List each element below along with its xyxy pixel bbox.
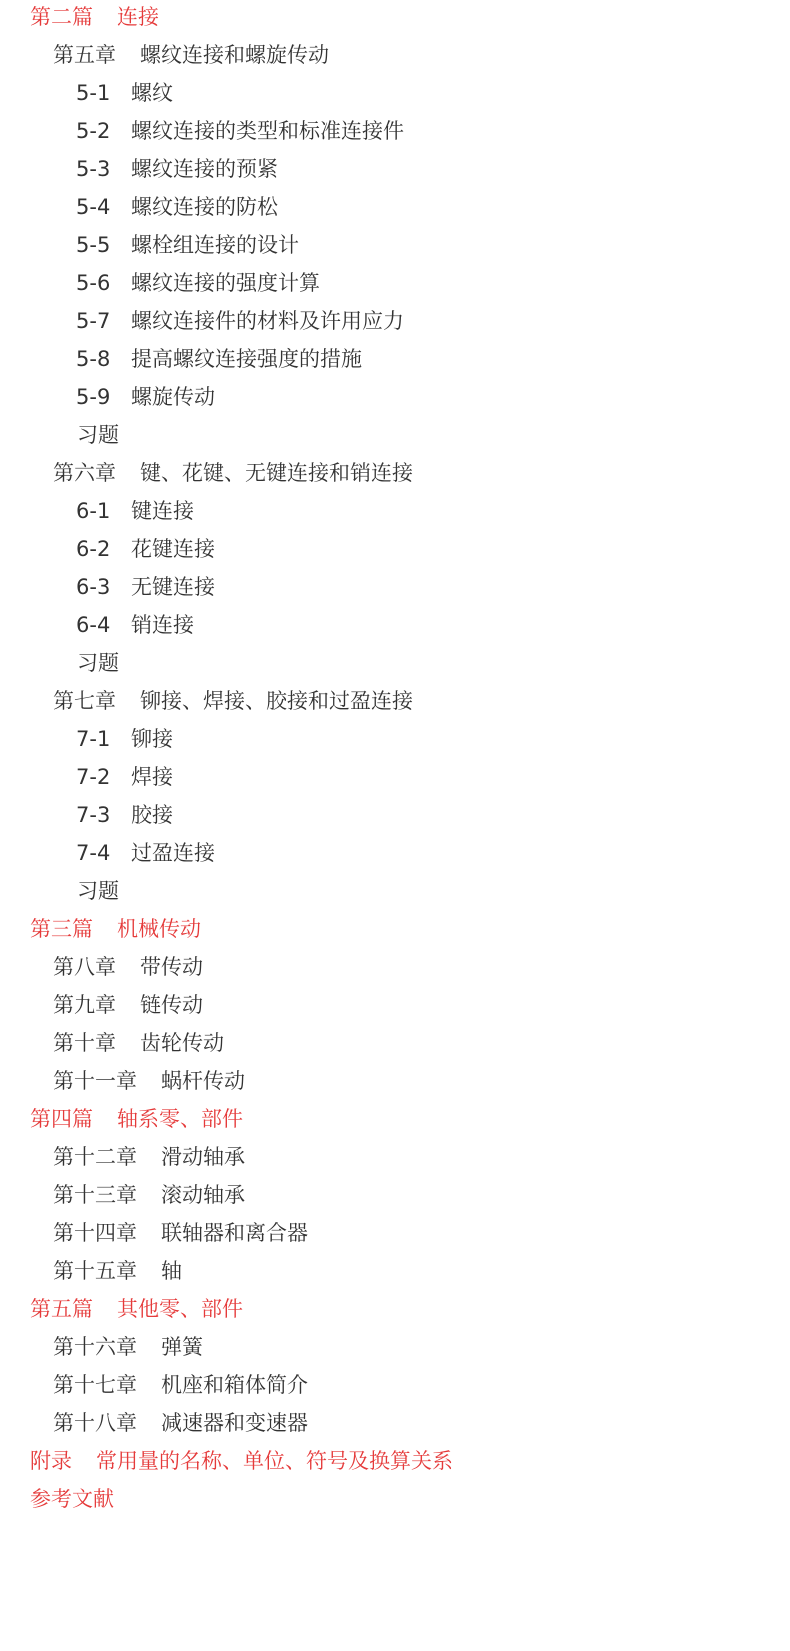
toc-entry-number: 5-6 xyxy=(76,264,131,302)
toc-section-entry[interactable]: 6-1键连接 xyxy=(0,492,790,530)
toc-section-entry[interactable]: 5-8提高螺纹连接强度的措施 xyxy=(0,340,790,378)
toc-chapter-entry[interactable]: 第七章铆接、焊接、胶接和过盈连接 xyxy=(0,682,790,720)
toc-entry-number: 第二篇 xyxy=(30,0,93,36)
toc-entry-number: 6-4 xyxy=(76,606,131,644)
toc-entry-number: 第五篇 xyxy=(30,1290,93,1328)
toc-entry-number: 5-5 xyxy=(76,226,131,264)
toc-entry-title: 螺纹连接的类型和标准连接件 xyxy=(131,112,404,150)
toc-entry-title: 弹簧 xyxy=(161,1328,203,1366)
toc-section-entry[interactable]: 5-4螺纹连接的防松 xyxy=(0,188,790,226)
toc-part-entry[interactable]: 参考文献 xyxy=(0,1480,790,1518)
toc-section-entry[interactable]: 7-4过盈连接 xyxy=(0,834,790,872)
toc-entry-number: 第三篇 xyxy=(30,910,93,948)
toc-entry-number: 附录 xyxy=(30,1442,72,1480)
toc-section-entry[interactable]: 5-9螺旋传动 xyxy=(0,378,790,416)
toc-entry-title: 带传动 xyxy=(140,948,203,986)
toc-entry-number: 第十二章 xyxy=(53,1138,137,1176)
toc-chapter-entry[interactable]: 第十三章滚动轴承 xyxy=(0,1176,790,1214)
toc-section-entry[interactable]: 5-1螺纹 xyxy=(0,74,790,112)
toc-entry-title: 习题 xyxy=(77,644,119,682)
toc-section-entry[interactable]: 7-1铆接 xyxy=(0,720,790,758)
toc-entry-number: 第十一章 xyxy=(53,1062,137,1100)
toc-exercise-entry[interactable]: 习题 xyxy=(0,644,790,682)
toc-entry-number: 6-1 xyxy=(76,492,131,530)
toc-entry-title: 焊接 xyxy=(131,758,173,796)
toc-entry-title: 螺纹连接件的材料及许用应力 xyxy=(131,302,404,340)
toc-part-entry[interactable]: 第四篇轴系零、部件 xyxy=(0,1100,790,1138)
toc-section-entry[interactable]: 5-5螺栓组连接的设计 xyxy=(0,226,790,264)
toc-exercise-entry[interactable]: 习题 xyxy=(0,872,790,910)
toc-entry-number: 5-3 xyxy=(76,150,131,188)
toc-entry-title: 习题 xyxy=(77,872,119,910)
toc-entry-number: 第七章 xyxy=(53,682,116,720)
toc-exercise-entry[interactable]: 习题 xyxy=(0,416,790,454)
toc-entry-title: 螺纹连接的强度计算 xyxy=(131,264,320,302)
toc-entry-number: 5-2 xyxy=(76,112,131,150)
toc-entry-number: 6-3 xyxy=(76,568,131,606)
toc-entry-number: 7-3 xyxy=(76,796,131,834)
toc-entry-title: 连接 xyxy=(117,0,159,36)
toc-section-entry[interactable]: 6-2花键连接 xyxy=(0,530,790,568)
toc-entry-title: 链传动 xyxy=(140,986,203,1024)
toc-entry-number: 5-7 xyxy=(76,302,131,340)
toc-entry-title: 胶接 xyxy=(131,796,173,834)
toc-entry-title: 过盈连接 xyxy=(131,834,215,872)
toc-entry-title: 螺栓组连接的设计 xyxy=(131,226,299,264)
toc-entry-number: 5-4 xyxy=(76,188,131,226)
toc-section-entry[interactable]: 5-6螺纹连接的强度计算 xyxy=(0,264,790,302)
toc-entry-number: 第十八章 xyxy=(53,1404,137,1442)
toc-entry-number: 第八章 xyxy=(53,948,116,986)
toc-part-entry[interactable]: 第五篇其他零、部件 xyxy=(0,1290,790,1328)
toc-chapter-entry[interactable]: 第十二章滑动轴承 xyxy=(0,1138,790,1176)
toc-entry-title: 铆接 xyxy=(131,720,173,758)
toc-entry-title: 螺纹连接和螺旋传动 xyxy=(140,36,329,74)
table-of-contents: 第二篇连接第五章螺纹连接和螺旋传动5-1螺纹5-2螺纹连接的类型和标准连接件5-… xyxy=(0,0,790,1518)
toc-entry-title: 常用量的名称、单位、符号及换算关系 xyxy=(96,1442,453,1480)
toc-entry-title: 参考文献 xyxy=(30,1480,114,1518)
toc-entry-title: 机座和箱体简介 xyxy=(161,1366,308,1404)
toc-chapter-entry[interactable]: 第十八章减速器和变速器 xyxy=(0,1404,790,1442)
toc-entry-number: 7-2 xyxy=(76,758,131,796)
toc-entry-title: 其他零、部件 xyxy=(117,1290,243,1328)
toc-entry-title: 滚动轴承 xyxy=(161,1176,245,1214)
toc-entry-title: 螺纹 xyxy=(131,74,173,112)
toc-entry-number: 第十七章 xyxy=(53,1366,137,1404)
toc-section-entry[interactable]: 7-3胶接 xyxy=(0,796,790,834)
toc-entry-number: 第六章 xyxy=(53,454,116,492)
toc-entry-title: 减速器和变速器 xyxy=(161,1404,308,1442)
toc-entry-title: 轴 xyxy=(161,1252,182,1290)
toc-chapter-entry[interactable]: 第九章链传动 xyxy=(0,986,790,1024)
toc-entry-title: 蜗杆传动 xyxy=(161,1062,245,1100)
toc-entry-title: 花键连接 xyxy=(131,530,215,568)
toc-part-entry[interactable]: 附录常用量的名称、单位、符号及换算关系 xyxy=(0,1442,790,1480)
toc-entry-number: 5-9 xyxy=(76,378,131,416)
toc-entry-title: 习题 xyxy=(77,416,119,454)
toc-entry-title: 无键连接 xyxy=(131,568,215,606)
toc-entry-title: 机械传动 xyxy=(117,910,201,948)
toc-entry-title: 滑动轴承 xyxy=(161,1138,245,1176)
toc-section-entry[interactable]: 7-2焊接 xyxy=(0,758,790,796)
toc-chapter-entry[interactable]: 第十章齿轮传动 xyxy=(0,1024,790,1062)
toc-entry-title: 提高螺纹连接强度的措施 xyxy=(131,340,362,378)
toc-entry-number: 第十章 xyxy=(53,1024,116,1062)
toc-section-entry[interactable]: 5-7螺纹连接件的材料及许用应力 xyxy=(0,302,790,340)
toc-chapter-entry[interactable]: 第十四章联轴器和离合器 xyxy=(0,1214,790,1252)
toc-entry-number: 第九章 xyxy=(53,986,116,1024)
toc-entry-number: 第十五章 xyxy=(53,1252,137,1290)
toc-part-entry[interactable]: 第三篇机械传动 xyxy=(0,910,790,948)
toc-entry-number: 5-1 xyxy=(76,74,131,112)
toc-entry-title: 销连接 xyxy=(131,606,194,644)
toc-entry-title: 螺旋传动 xyxy=(131,378,215,416)
toc-entry-number: 第五章 xyxy=(53,36,116,74)
toc-entry-title: 键、花键、无键连接和销连接 xyxy=(140,454,413,492)
toc-entry-number: 第十三章 xyxy=(53,1176,137,1214)
toc-entry-number: 7-4 xyxy=(76,834,131,872)
toc-part-entry[interactable]: 第二篇连接 xyxy=(0,0,790,36)
toc-entry-number: 5-8 xyxy=(76,340,131,378)
toc-entry-title: 螺纹连接的防松 xyxy=(131,188,278,226)
toc-entry-title: 键连接 xyxy=(131,492,194,530)
toc-chapter-entry[interactable]: 第八章带传动 xyxy=(0,948,790,986)
toc-chapter-entry[interactable]: 第六章键、花键、无键连接和销连接 xyxy=(0,454,790,492)
toc-chapter-entry[interactable]: 第十五章轴 xyxy=(0,1252,790,1290)
toc-section-entry[interactable]: 6-3无键连接 xyxy=(0,568,790,606)
toc-entry-title: 铆接、焊接、胶接和过盈连接 xyxy=(140,682,413,720)
toc-chapter-entry[interactable]: 第十七章机座和箱体简介 xyxy=(0,1366,790,1404)
toc-entry-number: 第十六章 xyxy=(53,1328,137,1366)
toc-section-entry[interactable]: 5-3螺纹连接的预紧 xyxy=(0,150,790,188)
toc-entry-number: 7-1 xyxy=(76,720,131,758)
toc-chapter-entry[interactable]: 第十一章蜗杆传动 xyxy=(0,1062,790,1100)
toc-entry-title: 螺纹连接的预紧 xyxy=(131,150,278,188)
toc-entry-title: 联轴器和离合器 xyxy=(161,1214,308,1252)
toc-entry-number: 6-2 xyxy=(76,530,131,568)
toc-entry-title: 齿轮传动 xyxy=(140,1024,224,1062)
toc-section-entry[interactable]: 6-4销连接 xyxy=(0,606,790,644)
toc-chapter-entry[interactable]: 第五章螺纹连接和螺旋传动 xyxy=(0,36,790,74)
toc-section-entry[interactable]: 5-2螺纹连接的类型和标准连接件 xyxy=(0,112,790,150)
toc-chapter-entry[interactable]: 第十六章弹簧 xyxy=(0,1328,790,1366)
toc-entry-number: 第四篇 xyxy=(30,1100,93,1138)
toc-entry-title: 轴系零、部件 xyxy=(117,1100,243,1138)
toc-entry-number: 第十四章 xyxy=(53,1214,137,1252)
